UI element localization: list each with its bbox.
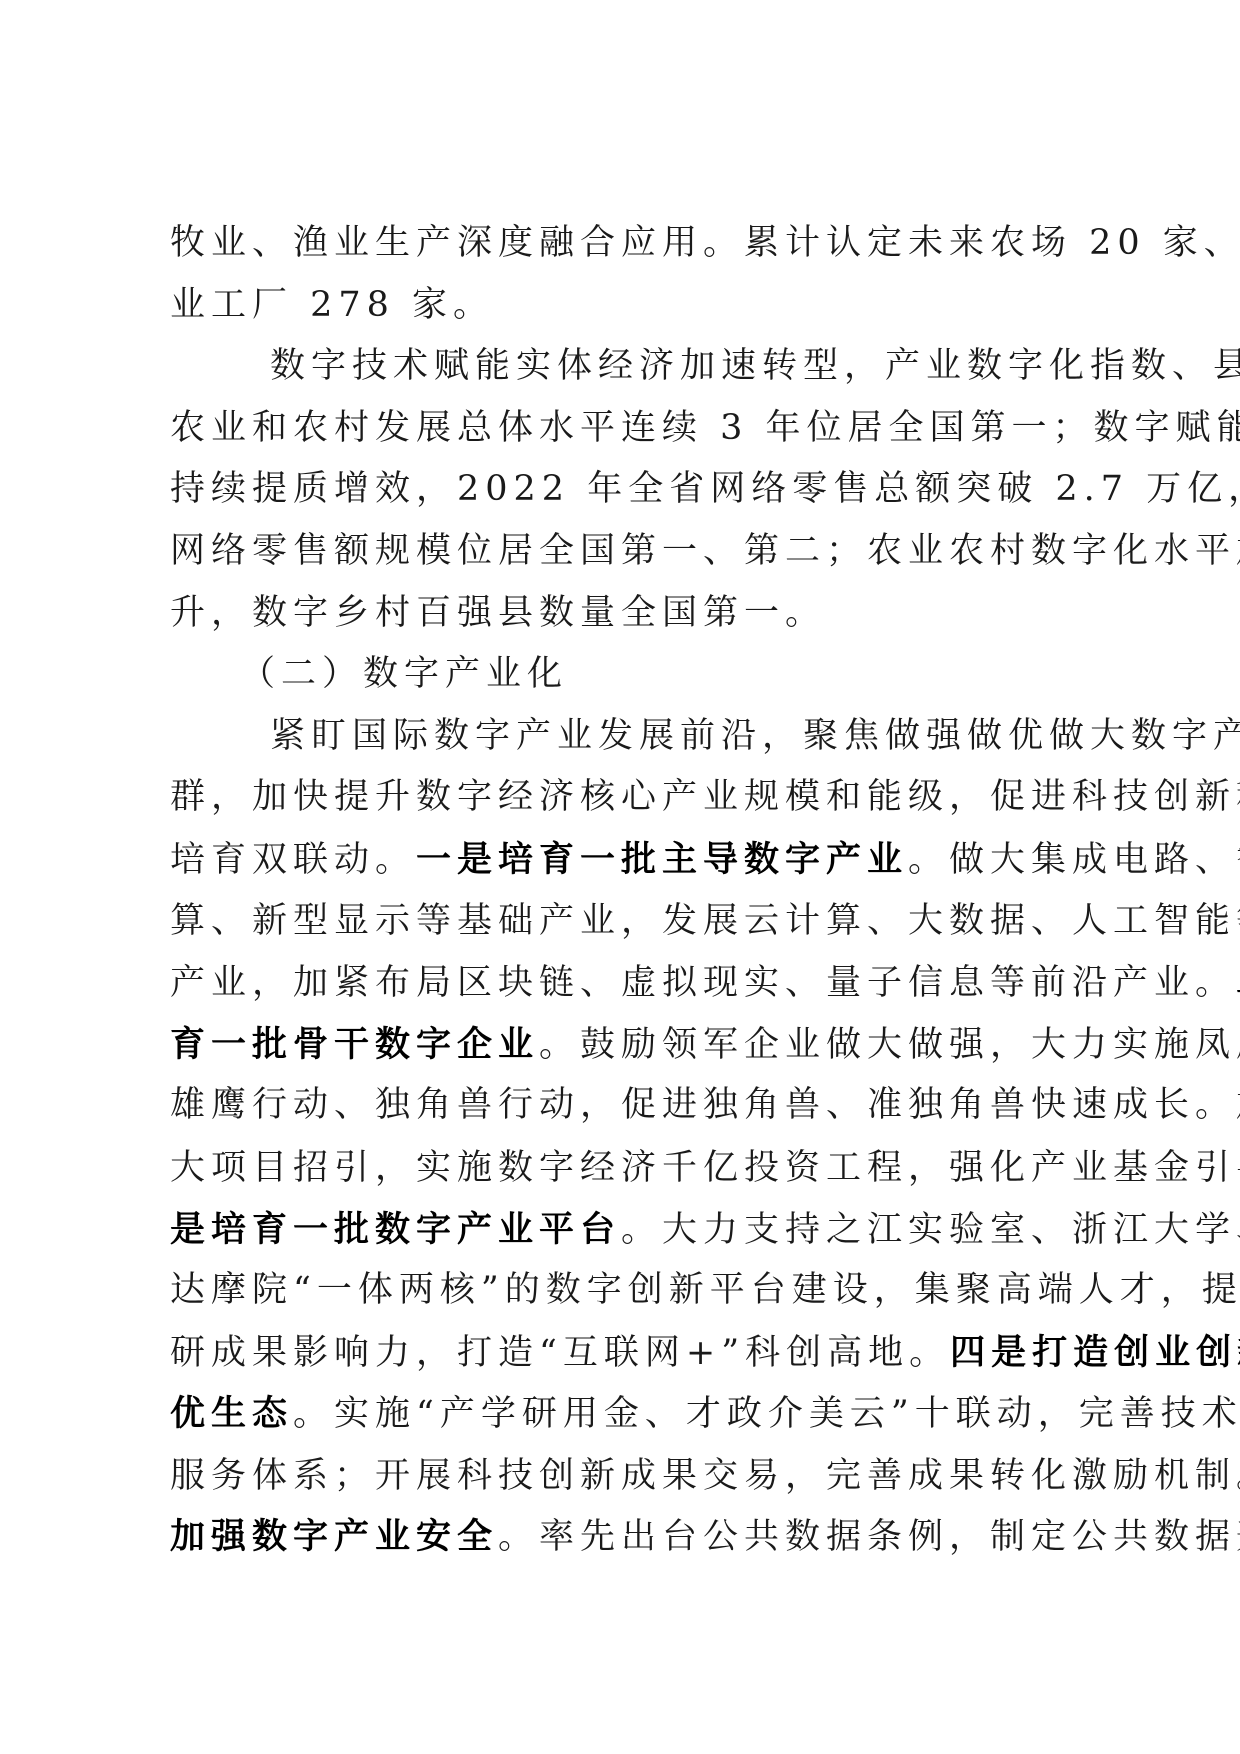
text-line: 研成果影响力，打造“互联网+”科创高地。四是打造创业创新最: [170, 1322, 1070, 1384]
text-run: 牧业、渔业生产深度融合应用。累计认定未来农场 20 家、数字农: [170, 223, 1240, 263]
text-run: （二）数字产业化: [240, 654, 568, 694]
bold-phrase: 四是打造创业创新最: [950, 1332, 1240, 1373]
paragraph: 数字技术赋能实体经济加速转型，产业数字化指数、县域数字农业和农村发展总体水平连续…: [170, 336, 1070, 644]
section-heading: （二）数字产业化: [170, 644, 1070, 706]
bold-phrase: 是培育一批数字产业平台: [170, 1209, 621, 1250]
text-line: 育一批骨干数字企业。鼓励领军企业做大做强，大力实施凤凰行动、: [170, 1014, 1070, 1076]
text-line: 雄鹰行动、独角兽行动，促进独角兽、准独角兽快速成长。加大重: [170, 1075, 1070, 1137]
paragraph: 牧业、渔业生产深度融合应用。累计认定未来农场 20 家、数字农业工厂 278 家…: [170, 213, 1070, 336]
text-line: 优生态。实施“产学研用金、才政介美云”十联动，完善技术创新: [170, 1383, 1070, 1445]
text-run: 。率先出台公共数据条例，制定公共数据开放与: [498, 1517, 1240, 1557]
text-line: 服务体系；开展科技创新成果交易，完善成果转化激励机制。五是: [170, 1445, 1070, 1507]
document-body: 牧业、渔业生产深度融合应用。累计认定未来农场 20 家、数字农业工厂 278 家…: [170, 213, 1070, 1568]
text-run: 大项目招引，实施数字经济千亿投资工程，强化产业基金引导。: [170, 1148, 1240, 1188]
text-line: 大项目招引，实施数字经济千亿投资工程，强化产业基金引导。三: [170, 1137, 1070, 1199]
text-line: 达摩院“一体两核”的数字创新平台建设，集聚高端人才，提升科: [170, 1260, 1070, 1322]
text-run: 算、新型显示等基础产业，发展云计算、大数据、人工智能等新兴: [170, 901, 1240, 941]
text-run: 农业和农村发展总体水平连续 3 年位居全国第一；数字赋能服务业: [170, 408, 1240, 448]
text-line: 算、新型显示等基础产业，发展云计算、大数据、人工智能等新兴: [170, 891, 1070, 953]
text-run: 业工厂 278 家。: [170, 285, 494, 325]
bold-phrase: 一是培育一批主导数字产业: [416, 839, 908, 880]
text-run: 产业，加紧布局区块链、虚拟现实、量子信息等前沿产业。: [170, 963, 1236, 1003]
text-line: 牧业、渔业生产深度融合应用。累计认定未来农场 20 家、数字农: [170, 213, 1070, 275]
bold-phrase: 优生态: [170, 1393, 293, 1434]
text-run: 研成果影响力，打造“互联网+”科创高地。: [170, 1333, 950, 1373]
text-line: 升，数字乡村百强县数量全国第一。: [170, 583, 1070, 645]
text-run: 。做大集成电路、智能计: [908, 840, 1240, 880]
text-run: 服务体系；开展科技创新成果交易，完善成果转化激励机制。: [170, 1456, 1240, 1496]
text-line: （二）数字产业化: [170, 644, 1070, 706]
text-line: 紧盯国际数字产业发展前沿，聚焦做强做优做大数字产业集: [170, 706, 1070, 768]
text-run: 紧盯国际数字产业发展前沿，聚焦做强做优做大数字产业集: [270, 716, 1240, 756]
bold-phrase: 加强数字产业安全: [170, 1516, 498, 1557]
text-run: 持续提质增效，2022 年全省网络零售总额突破 2.7 万亿，直播电商、: [170, 469, 1240, 509]
text-run: 。实施“产学研用金、才政介美云”十联动，完善技术创新: [293, 1394, 1240, 1434]
text-line: 网络零售额规模位居全国第一、第二；农业农村数字化水平加快提: [170, 521, 1070, 583]
text-line: 持续提质增效，2022 年全省网络零售总额突破 2.7 万亿，直播电商、: [170, 459, 1070, 521]
bold-phrase: 育一批骨干数字企业: [170, 1024, 539, 1065]
text-run: 。鼓励领军企业做大做强，大力实施凤凰行动、: [539, 1025, 1240, 1065]
text-line: 群，加快提升数字经济核心产业规模和能级，促进科技创新和产业: [170, 767, 1070, 829]
text-run: 雄鹰行动、独角兽行动，促进独角兽、准独角兽快速成长。加大重: [170, 1085, 1240, 1125]
text-line: 农业和农村发展总体水平连续 3 年位居全国第一；数字赋能服务业: [170, 398, 1070, 460]
text-line: 数字技术赋能实体经济加速转型，产业数字化指数、县域数字: [170, 336, 1070, 398]
text-line: 产业，加紧布局区块链、虚拟现实、量子信息等前沿产业。二是培: [170, 952, 1070, 1014]
text-line: 培育双联动。一是培育一批主导数字产业。做大集成电路、智能计: [170, 829, 1070, 891]
text-run: 群，加快提升数字经济核心产业规模和能级，促进科技创新和产业: [170, 777, 1240, 817]
text-line: 加强数字产业安全。率先出台公共数据条例，制定公共数据开放与: [170, 1506, 1070, 1568]
text-run: 网络零售额规模位居全国第一、第二；农业农村数字化水平加快提: [170, 531, 1240, 571]
text-run: 。大力支持之江实验室、浙江大学、阿里: [621, 1210, 1240, 1250]
bold-phrase: 二是培: [1236, 962, 1240, 1003]
text-run: 培育双联动。: [170, 840, 416, 880]
text-run: 数字技术赋能实体经济加速转型，产业数字化指数、县域数字: [270, 346, 1240, 386]
text-run: 升，数字乡村百强县数量全国第一。: [170, 593, 826, 633]
paragraph: 紧盯国际数字产业发展前沿，聚焦做强做优做大数字产业集群，加快提升数字经济核心产业…: [170, 706, 1070, 1568]
text-run: 达摩院“一体两核”的数字创新平台建设，集聚高端人才，提升科: [170, 1270, 1240, 1310]
text-line: 是培育一批数字产业平台。大力支持之江实验室、浙江大学、阿里: [170, 1199, 1070, 1261]
text-line: 业工厂 278 家。: [170, 275, 1070, 337]
document-page: 牧业、渔业生产深度融合应用。累计认定未来农场 20 家、数字农业工厂 278 家…: [0, 0, 1240, 1754]
